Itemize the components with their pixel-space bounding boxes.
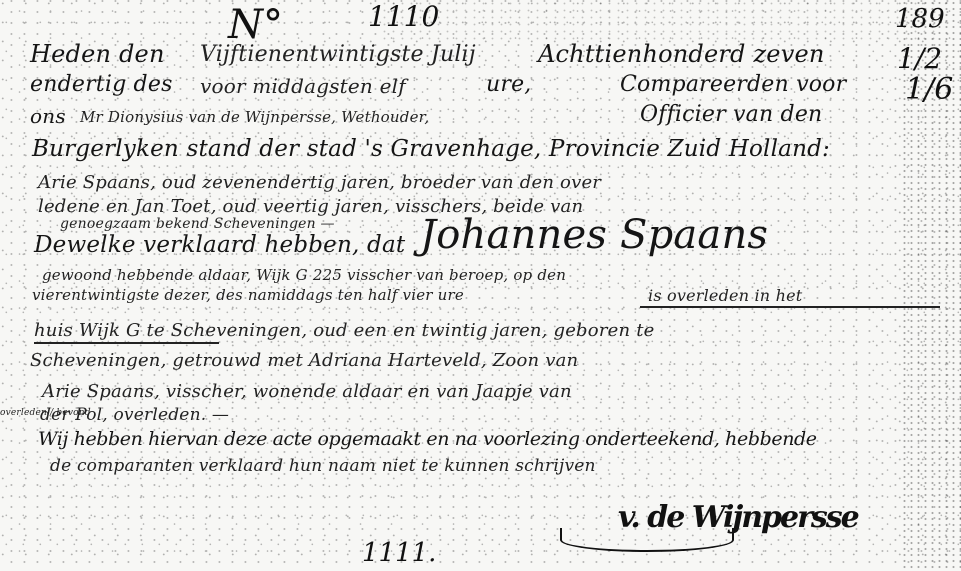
- line-12-filled: Scheveningen, getrouwd met Adriana Harte…: [30, 350, 578, 371]
- scan-edge-noise-top: [380, 0, 940, 40]
- signature-flourish: [560, 528, 734, 552]
- line-16-filled: de comparanten verklaard hun naam niet t…: [50, 456, 596, 476]
- line-2-time-filled: voor middagsten elf: [200, 74, 406, 98]
- line-3-printed: ons: [30, 104, 66, 128]
- line-4-printed: Burgerlyken stand der stad 's Gravenhage…: [32, 136, 830, 162]
- line-1-printed: Heden den: [30, 40, 165, 68]
- line-15-printed: Wij hebben hiervan deze acte opgemaakt e…: [38, 428, 817, 450]
- deceased-name: Johannes Spaans: [420, 212, 768, 258]
- line-3-official-filled: Mr Dionysius van de Wijnpersse, Wethoude…: [80, 108, 429, 126]
- line-1-year-printed: Achttienhonderd zeven: [538, 40, 825, 68]
- line-13-filled: Arie Spaans, visscher, wonende aldaar en…: [42, 381, 572, 402]
- margin-number-3: 1/6: [905, 72, 953, 107]
- line-2-printed: endertig des: [30, 72, 173, 97]
- line-11-filled: huis Wijk G te Scheveningen, oud een en …: [34, 320, 654, 341]
- margin-note: overleden / bevond: [0, 408, 91, 418]
- line-10-overleden: is overleden in het: [648, 286, 802, 305]
- margin-number-1: 189: [895, 4, 945, 34]
- line-3-officier: Officier van den: [640, 102, 822, 127]
- line-1-date-filled: Vijftienentwintigste Julij: [200, 42, 476, 67]
- line-9-filled: gewoond hebbende aldaar, Wijk G 225 viss…: [42, 266, 566, 284]
- line-7-residence: genoegzaam bekend Scheveningen —: [60, 216, 335, 232]
- line-2-ure: ure,: [486, 72, 532, 97]
- bottom-number: 1111.: [362, 538, 436, 568]
- underline-rule: [640, 306, 940, 308]
- line-8-printed: Dewelke verklaard hebben, dat: [34, 232, 405, 258]
- line-10-filled: vierentwintigste dezer, des namiddags te…: [32, 286, 464, 304]
- stamp-number-top: 1110: [368, 0, 439, 33]
- line-2-compareerden: Compareerden voor: [620, 72, 846, 97]
- underline-rule: [34, 342, 219, 344]
- line-5-witness-1: Arie Spaans, oud zevenendertig jaren, br…: [38, 172, 601, 193]
- margin-number-2: 1/2: [897, 42, 942, 75]
